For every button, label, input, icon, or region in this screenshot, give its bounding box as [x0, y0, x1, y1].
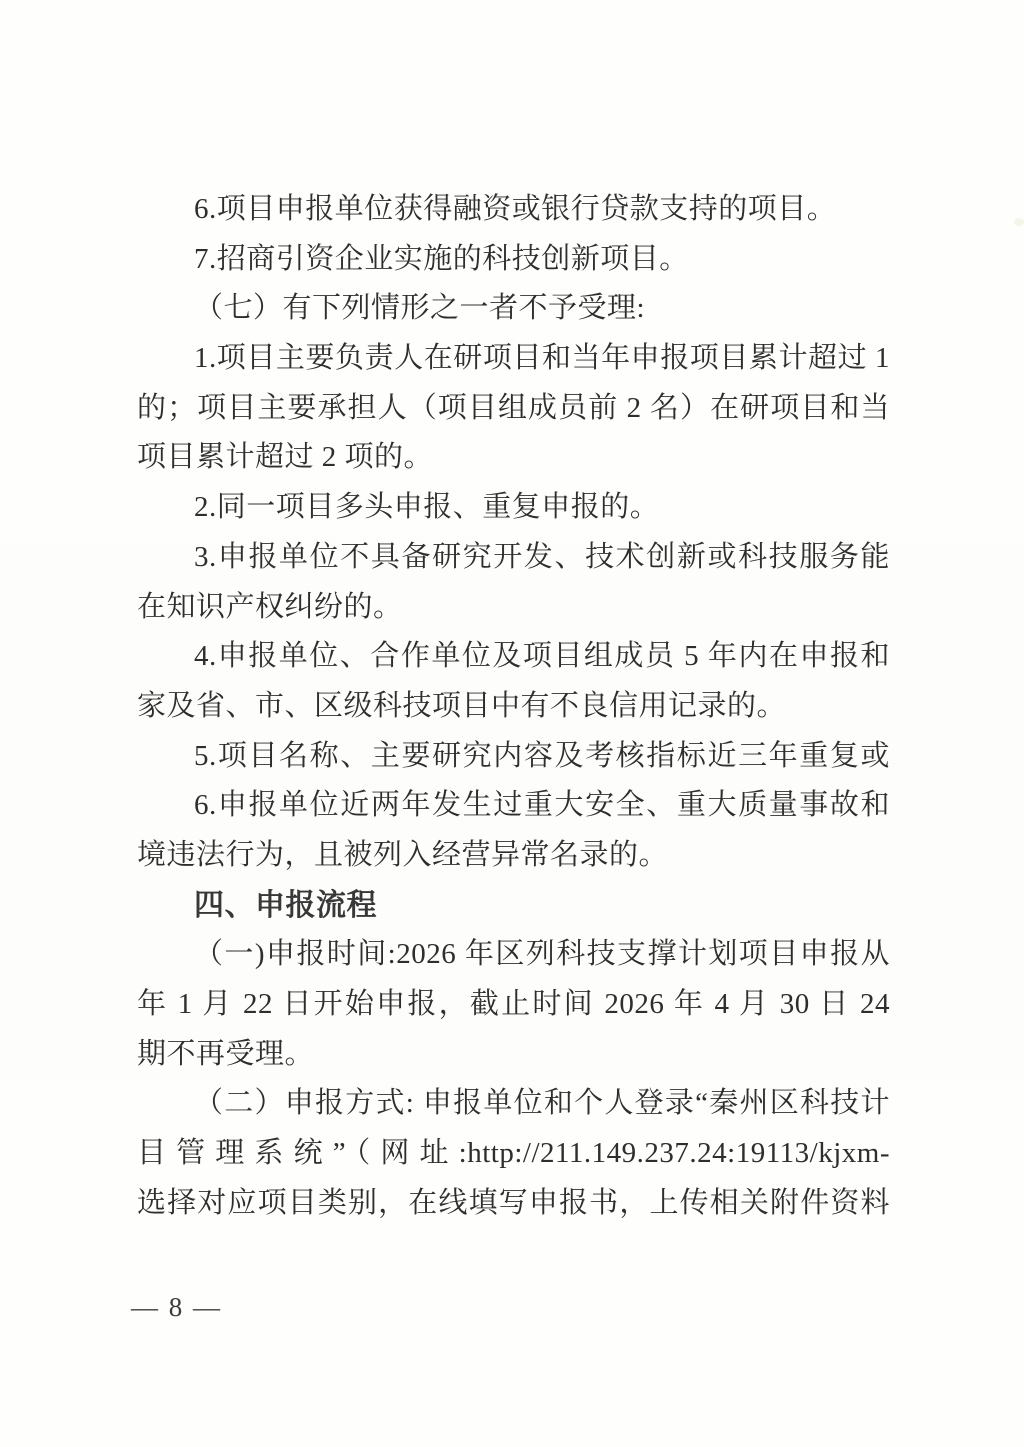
text-line: （七）有下列情形之一者不予受理:: [137, 284, 890, 334]
text-line: 期不再受理。: [137, 1030, 890, 1080]
text-line: 家及省、市、区级科技项目中有不良信用记录的。: [137, 682, 890, 732]
text-line: 6.项目申报单位获得融资或银行贷款支持的项目。: [137, 185, 890, 235]
text-line: 年 1 月 22 日开始申报，截止时间 2026 年 4 月 30 日 24 时…: [137, 980, 890, 1030]
text-line: （二）申报方式: 申报单位和个人登录“秦州区科技计划项: [137, 1079, 890, 1129]
text-line: （一)申报时间:2026 年区列科技支撑计划项目申报从 2026: [137, 930, 890, 980]
scanned-document-page: 6.项目申报单位获得融资或银行贷款支持的项目。 7.招商引资企业实施的科技创新项…: [0, 0, 1024, 1447]
text-line: 4.申报单位、合作单位及项目组成员 5 年内在申报和承担国: [137, 632, 890, 682]
text-line: 2.同一项目多头申报、重复申报的。: [137, 483, 890, 533]
page-number: — 8 —: [131, 1287, 222, 1327]
text-line: 1.项目主要负责人在研项目和当年申报项目累计超过 1 项: [137, 334, 890, 384]
text-line: 项目累计超过 2 项的。: [137, 433, 890, 483]
section-heading: 四、申报流程: [137, 881, 890, 931]
text-line: 3.申报单位不具备研究开发、技术创新或科技服务能力或存: [137, 533, 890, 583]
text-line: 在知识产权纠纷的。: [137, 583, 890, 633]
document-body: 6.项目申报单位获得融资或银行贷款支持的项目。 7.招商引资企业实施的科技创新项…: [137, 185, 890, 1228]
text-line: 的；项目主要承担人（项目组成员前 2 名）在研项目和当年申报: [137, 384, 890, 434]
text-line: 6.申报单位近两年发生过重大安全、重大质量事故和严重环: [137, 781, 890, 831]
text-line: 目管理系统”（网址:http://211.149.237.24:19113/kj…: [137, 1129, 890, 1179]
scan-artifact: [1014, 218, 1024, 226]
text-line: 5.项目名称、主要研究内容及考核指标近三年重复或相似的。: [137, 732, 890, 782]
text-line: 境违法行为，且被列入经营异常名录的。: [137, 831, 890, 881]
text-line: 7.招商引资企业实施的科技创新项目。: [137, 235, 890, 285]
text-line: 选择对应项目类别，在线填写申报书，上传相关附件资料并提交。: [137, 1179, 890, 1229]
